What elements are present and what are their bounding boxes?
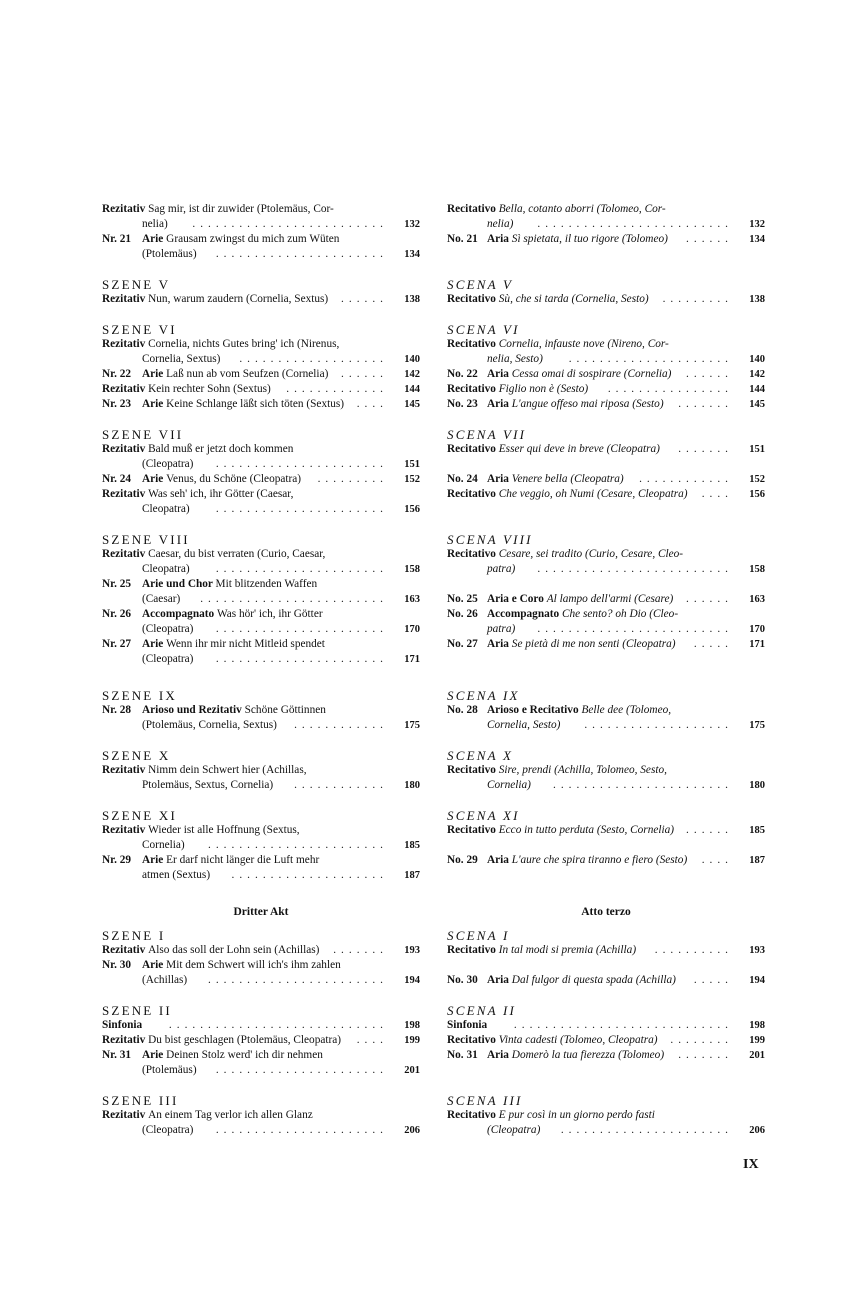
toc-entry-line: Cornelia, Sesto)175................... — [447, 718, 765, 733]
title-text: Sire, prendi (Achilla, Tolomeo, Sesto, — [499, 764, 667, 776]
scene-heading: SZENE VIII — [102, 532, 420, 547]
dot-leader: ......... — [663, 292, 733, 307]
title-text: nelia) — [487, 218, 513, 230]
scene-heading: SCENA VIII — [447, 532, 765, 547]
form-label: Arie — [142, 233, 166, 245]
toc-entry-line: Cornelia)180....................... — [447, 778, 765, 793]
scene-heading: SZENE VII — [102, 427, 420, 442]
page-reference: 156 — [394, 502, 420, 517]
title-text: (Cleopatra) — [142, 653, 193, 665]
form-label: Arie — [142, 854, 166, 866]
page-reference: 187 — [739, 853, 765, 868]
toc-entry-line: nelia)132......................... — [102, 217, 420, 232]
toc-entry-line: Rezitativ Wieder ist alle Hoffnung (Sext… — [102, 823, 420, 838]
dot-leader: ......................... — [537, 622, 733, 637]
page-reference: 152 — [394, 472, 420, 487]
page-reference: 199 — [394, 1033, 420, 1048]
title-text: Cornelia) — [487, 779, 531, 791]
toc-entry[interactable]: Recitativo Figlio non è (Sesto)144......… — [447, 382, 765, 397]
title-text: Cessa omai di sospirare (Cornelia) — [512, 368, 672, 380]
title-text: nelia) — [142, 218, 168, 230]
toc-entry[interactable]: No. 31Aria Domerò la tua fierezza (Tolom… — [447, 1048, 765, 1063]
toc-entry[interactable]: Nr. 29Arie Er darf nicht länger die Luft… — [102, 853, 420, 883]
form-label: Recitativo — [447, 338, 499, 350]
toc-entry-line: No. 31Aria Domerò la tua fierezza (Tolom… — [447, 1048, 765, 1063]
toc-entry-line: Cornelia, Sextus)140................... — [102, 352, 420, 367]
page-reference: 142 — [739, 367, 765, 382]
form-label: Recitativo — [447, 1109, 499, 1121]
toc-entry-line: Recitativo Cornelia, infauste nove (Nire… — [447, 337, 765, 352]
dot-leader: ...................... — [216, 457, 388, 472]
scene-heading: SCENA III — [447, 1093, 765, 1108]
toc-entry-line: nelia)132......................... — [447, 217, 765, 232]
toc-entry-line: Recitativo E pur così in un giorno perdo… — [447, 1108, 765, 1123]
toc-entry[interactable]: No. 21Aria Sì spietata, il tuo rigore (T… — [447, 232, 765, 247]
number-label: Nr. 21 — [102, 232, 142, 247]
scene-heading: SZENE V — [102, 277, 420, 292]
page-reference: 151 — [394, 457, 420, 472]
dot-leader: ......................... — [192, 217, 388, 232]
act-heading: Dritter Akt — [102, 905, 420, 920]
title-text: Kein rechter Sohn (Sextus) — [148, 383, 271, 395]
number-label: Nr. 29 — [102, 853, 142, 868]
toc-entry[interactable]: No. 25Aria e Coro Al lampo dell'armi (Ce… — [447, 592, 765, 607]
toc-entry[interactable]: Nr. 23Arie Keine Schlange läßt sich töte… — [102, 397, 420, 412]
page-reference: 163 — [394, 592, 420, 607]
toc-entry-line: Nr. 27Arie Wenn ihr mir nicht Mitleid sp… — [102, 637, 420, 652]
toc-entry-line: Sinfonia 198............................ — [102, 1018, 420, 1033]
page-reference: 134 — [394, 247, 420, 262]
toc-entry[interactable]: Recitativo Che veggio, oh Numi (Cesare, … — [447, 487, 765, 502]
title-text: Cleopatra) — [142, 563, 190, 575]
scene-heading: SCENA V — [447, 277, 765, 292]
toc-entry-line: No. 25Aria e Coro Al lampo dell'armi (Ce… — [447, 592, 765, 607]
title-text: Venus, du Schöne (Cleopatra) — [166, 473, 301, 485]
toc-entry[interactable]: No. 24Aria Venere bella (Cleopatra)152..… — [447, 472, 765, 487]
title-text: Esser qui deve in breve (Cleopatra) — [499, 443, 660, 455]
dot-leader: ...... — [686, 367, 733, 382]
title-text: Nun, warum zaudern (Cornelia, Sextus) — [148, 293, 328, 305]
toc-entry-line: No. 29Aria L'aure che spira tiranno e fi… — [447, 853, 765, 868]
page-reference: 180 — [739, 778, 765, 793]
title-text: (Ptolemäus, Cornelia, Sextus) — [142, 719, 277, 731]
form-label: Arie — [142, 959, 166, 971]
form-label: Arie und Chor — [142, 578, 216, 590]
number-label: No. 31 — [447, 1048, 487, 1063]
dot-leader: ........ — [670, 1033, 733, 1048]
number-label: No. 21 — [447, 232, 487, 247]
toc-entry[interactable]: Nr. 22Arie Laß nun ab vom Seufzen (Corne… — [102, 367, 420, 382]
toc-entry[interactable]: Rezitativ Du bist geschlagen (Ptolemäus,… — [102, 1033, 420, 1048]
dot-leader: ......................... — [537, 217, 733, 232]
page-reference: 194 — [394, 973, 420, 988]
toc-entry-line: No. 30Aria Dal fulgor di questa spada (A… — [447, 973, 765, 988]
form-label: Rezitativ — [102, 488, 148, 500]
title-text: atmen (Sextus) — [142, 869, 210, 881]
page-reference: 132 — [739, 217, 765, 232]
title-text: Mit blitzenden Waffen — [216, 578, 318, 590]
dot-leader: ...... — [341, 292, 388, 307]
toc-entry[interactable]: Sinfonia 198............................ — [447, 1018, 765, 1033]
toc-entry-line: (Cleopatra)151...................... — [102, 457, 420, 472]
dot-leader: .... — [702, 487, 733, 502]
toc-entry[interactable]: Sinfonia 198............................ — [102, 1018, 420, 1033]
toc-entry[interactable]: Recitativo Sù, che si tarda (Cornelia, S… — [447, 292, 765, 307]
toc-entry[interactable]: No. 29Aria L'aure che spira tiranno e fi… — [447, 853, 765, 868]
page-reference: 134 — [739, 232, 765, 247]
toc-entry[interactable]: Recitativo E pur così in un giorno perdo… — [447, 1108, 765, 1138]
toc-entry-line: Nr. 24Arie Venus, du Schöne (Cleopatra)1… — [102, 472, 420, 487]
form-label: Arie — [142, 638, 166, 650]
toc-entry-line: Sinfonia 198............................ — [447, 1018, 765, 1033]
dot-leader: ............ — [294, 778, 388, 793]
toc-entry-line: No. 21Aria Sì spietata, il tuo rigore (T… — [447, 232, 765, 247]
scene-heading: SCENA IX — [447, 688, 765, 703]
toc-entry[interactable]: Rezitativ Caesar, du bist verraten (Curi… — [102, 547, 420, 577]
title-text: patra) — [487, 623, 515, 635]
number-label: Nr. 27 — [102, 637, 142, 652]
page-reference: 206 — [394, 1123, 420, 1138]
form-label: Recitativo — [447, 824, 499, 836]
title-text: Ecco in tutto perduta (Sesto, Cornelia) — [499, 824, 674, 836]
toc-entry[interactable]: Nr. 30Arie Mit dem Schwert will ich's ih… — [102, 958, 420, 988]
form-label: Sinfonia — [102, 1019, 142, 1031]
toc-entry-line: Nr. 23Arie Keine Schlange läßt sich töte… — [102, 397, 420, 412]
title-text: Was seh' ich, ihr Götter (Caesar, — [148, 488, 293, 500]
number-label: No. 25 — [447, 592, 487, 607]
number-label: No. 26 — [447, 607, 487, 622]
title-text: Laß nun ab vom Seufzen (Cornelia) — [166, 368, 328, 380]
toc-entry-line: (Ptolemäus)134...................... — [102, 247, 420, 262]
act-heading: Atto terzo — [447, 905, 765, 920]
title-text: Mit dem Schwert will ich's ihm zahlen — [166, 959, 341, 971]
toc-entry-line: (Cleopatra)171...................... — [102, 652, 420, 667]
title-text: Vinta cadesti (Tolomeo, Cleopatra) — [499, 1034, 658, 1046]
toc-entry[interactable]: Rezitativ Bald muß er jetzt doch kommen(… — [102, 442, 420, 472]
toc-entry-line: Cleopatra)156...................... — [102, 502, 420, 517]
dot-leader: ...................... — [561, 1123, 733, 1138]
form-label: Aria e Coro — [487, 593, 547, 605]
dot-leader: ......... — [318, 472, 388, 487]
toc-entry[interactable]: Recitativo Bella, cotanto aborri (Tolome… — [447, 202, 765, 232]
form-label: Recitativo — [447, 203, 499, 215]
title-text: Bella, cotanto aborri (Tolomeo, Cor- — [499, 203, 666, 215]
toc-entry-line: Rezitativ Nun, warum zaudern (Cornelia, … — [102, 292, 420, 307]
toc-entry-line: Nr. 26Accompagnato Was hör' ich, ihr Göt… — [102, 607, 420, 622]
toc-entry-line: (Ptolemäus)201...................... — [102, 1063, 420, 1078]
number-label: No. 27 — [447, 637, 487, 652]
toc-entry-line: Nr. 29Arie Er darf nicht länger die Luft… — [102, 853, 420, 868]
dot-leader: ....................... — [208, 838, 388, 853]
title-text: Bald muß er jetzt doch kommen — [148, 443, 293, 455]
toc-entry-line: No. 27Aria Se pietà di me non senti (Cle… — [447, 637, 765, 652]
toc-entry-line: (Cleopatra)170...................... — [102, 622, 420, 637]
toc-entry-line: (Cleopatra)206...................... — [102, 1123, 420, 1138]
form-label: Arie — [142, 1049, 166, 1061]
scene-heading: SZENE IX — [102, 688, 420, 703]
toc-entry[interactable]: Rezitativ Cornelia, nichts Gutes bring' … — [102, 337, 420, 367]
page-reference: 140 — [394, 352, 420, 367]
number-label: No. 22 — [447, 367, 487, 382]
number-label: Nr. 30 — [102, 958, 142, 973]
form-label: Recitativo — [447, 1034, 499, 1046]
toc-entry[interactable]: Rezitativ An einem Tag verlor ich allen … — [102, 1108, 420, 1138]
toc-entry[interactable]: No. 26Accompagnato Che sento? oh Dio (Cl… — [447, 607, 765, 637]
toc-entry-line: Recitativo Sù, che si tarda (Cornelia, S… — [447, 292, 765, 307]
form-label: Aria — [487, 638, 512, 650]
form-label: Arie — [142, 398, 166, 410]
title-text: Cornelia, Sextus) — [142, 353, 220, 365]
form-label: Arioso und Rezitativ — [142, 704, 245, 716]
toc-entry[interactable]: Recitativo Ecco in tutto perduta (Sesto,… — [447, 823, 765, 838]
title-text: (Cleopatra) — [142, 623, 193, 635]
dot-leader: ..... — [694, 973, 733, 988]
toc-entry-line: (Achillas)194....................... — [102, 973, 420, 988]
form-label: Arioso e Recitativo — [487, 704, 581, 716]
toc-entry[interactable]: Nr. 28Arioso und Rezitativ Schöne Göttin… — [102, 703, 420, 733]
toc-entry[interactable]: No. 28Arioso e Recitativo Belle dee (Tol… — [447, 703, 765, 733]
title-text: Cleopatra) — [142, 503, 190, 515]
page-reference: 194 — [739, 973, 765, 988]
dot-leader: ...... — [341, 367, 388, 382]
form-label: Accompagnato — [142, 608, 217, 620]
dot-leader: .... — [357, 397, 388, 412]
scene-heading: SCENA XI — [447, 808, 765, 823]
dot-leader: ....... — [678, 442, 733, 457]
toc-entry-line: (Ptolemäus, Cornelia, Sextus)175........… — [102, 718, 420, 733]
page-reference: 170 — [394, 622, 420, 637]
title-text: In tal modi si premia (Achilla) — [499, 944, 636, 956]
toc-entry[interactable]: Rezitativ Also das soll der Lohn sein (A… — [102, 943, 420, 958]
page-reference: 185 — [739, 823, 765, 838]
page-reference: 138 — [739, 292, 765, 307]
page-reference: 171 — [739, 637, 765, 652]
toc-entry[interactable]: Nr. 26Accompagnato Was hör' ich, ihr Göt… — [102, 607, 420, 637]
title-text: (Ptolemäus) — [142, 248, 197, 260]
form-label: Aria — [487, 368, 512, 380]
toc-entry[interactable]: Rezitativ Kein rechter Sohn (Sextus)144.… — [102, 382, 420, 397]
scene-heading: SZENE X — [102, 748, 420, 763]
number-label: Nr. 22 — [102, 367, 142, 382]
toc-entry[interactable]: Nr. 25Arie und Chor Mit blitzenden Waffe… — [102, 577, 420, 607]
toc-entry[interactable]: Nr. 21Arie Grausam zwingst du mich zum W… — [102, 232, 420, 262]
number-label: No. 24 — [447, 472, 487, 487]
toc-entry-line: Rezitativ Nimm dein Schwert hier (Achill… — [102, 763, 420, 778]
dot-leader: ............ — [294, 718, 388, 733]
title-text: Se pietà di me non senti (Cleopatra) — [512, 638, 676, 650]
number-label: Nr. 24 — [102, 472, 142, 487]
toc-entry-line: Recitativo Vinta cadesti (Tolomeo, Cleop… — [447, 1033, 765, 1048]
toc-entry[interactable]: Nr. 31Arie Deinen Stolz werd' ich dir ne… — [102, 1048, 420, 1078]
dot-leader: ....................... — [208, 973, 388, 988]
title-text: patra) — [487, 563, 515, 575]
number-label: No. 29 — [447, 853, 487, 868]
title-text: Sag mir, ist dir zuwider (Ptolemäus, Cor… — [148, 203, 334, 215]
toc-entry-line: patra)158......................... — [447, 562, 765, 577]
toc-entry-line: nelia, Sesto)140..................... — [447, 352, 765, 367]
form-label: Rezitativ — [102, 824, 148, 836]
toc-entry[interactable]: Nr. 24Arie Venus, du Schöne (Cleopatra)1… — [102, 472, 420, 487]
dot-leader: ...................... — [216, 652, 388, 667]
title-text: Sì spietata, il tuo rigore (Tolomeo) — [512, 233, 668, 245]
title-text: Er darf nicht länger die Luft mehr — [166, 854, 319, 866]
page-reference: 180 — [394, 778, 420, 793]
form-label: Aria — [487, 1049, 512, 1061]
form-label: Rezitativ — [102, 383, 148, 395]
dot-leader: .................... — [232, 868, 388, 883]
toc-entry[interactable]: Rezitativ Nun, warum zaudern (Cornelia, … — [102, 292, 420, 307]
toc-entry-line: atmen (Sextus)187.................... — [102, 868, 420, 883]
dot-leader: .... — [357, 1033, 388, 1048]
toc-entry-line: Rezitativ Sag mir, ist dir zuwider (Ptol… — [102, 202, 420, 217]
form-label: Aria — [487, 974, 512, 986]
page-reference: 151 — [739, 442, 765, 457]
title-text: (Cleopatra) — [142, 458, 193, 470]
title-text: (Ptolemäus) — [142, 1064, 197, 1076]
toc-entry-line: Recitativo Che veggio, oh Numi (Cesare, … — [447, 487, 765, 502]
page-reference: 158 — [739, 562, 765, 577]
form-label: Arie — [142, 368, 166, 380]
page-reference: 144 — [739, 382, 765, 397]
page-reference: 201 — [739, 1048, 765, 1063]
scene-heading: SZENE II — [102, 1003, 420, 1018]
number-label: Nr. 26 — [102, 607, 142, 622]
toc-entry[interactable]: Nr. 27Arie Wenn ihr mir nicht Mitleid sp… — [102, 637, 420, 667]
toc-entry-line: Nr. 21Arie Grausam zwingst du mich zum W… — [102, 232, 420, 247]
dot-leader: ..................... — [569, 352, 733, 367]
dot-leader: ...................... — [216, 247, 388, 262]
toc-entry-line: No. 26Accompagnato Che sento? oh Dio (Cl… — [447, 607, 765, 622]
form-label: Rezitativ — [102, 548, 148, 560]
title-text: Ptolemäus, Sextus, Cornelia) — [142, 779, 273, 791]
toc-entry[interactable]: Recitativo Esser qui deve in breve (Cleo… — [447, 442, 765, 457]
form-label: Accompagnato — [487, 608, 562, 620]
toc-entry-line: (Caesar)163........................ — [102, 592, 420, 607]
page-reference: 198 — [394, 1018, 420, 1033]
dot-leader: ....... — [678, 397, 733, 412]
number-label: No. 23 — [447, 397, 487, 412]
number-label: Nr. 23 — [102, 397, 142, 412]
dot-leader: ....... — [678, 1048, 733, 1063]
toc-entry[interactable]: No. 22Aria Cessa omai di sospirare (Corn… — [447, 367, 765, 382]
number-label: No. 30 — [447, 973, 487, 988]
title-text: Belle dee (Tolomeo, — [581, 704, 671, 716]
toc-entry-line: Recitativo Sire, prendi (Achilla, Tolome… — [447, 763, 765, 778]
scene-heading: SCENA I — [447, 928, 765, 943]
page-reference: 158 — [394, 562, 420, 577]
page-reference: 199 — [739, 1033, 765, 1048]
toc-entry-line: Rezitativ An einem Tag verlor ich allen … — [102, 1108, 420, 1123]
page-reference: 171 — [394, 652, 420, 667]
title-text: (Cleopatra) — [142, 1124, 193, 1136]
title-text: Venere bella (Cleopatra) — [512, 473, 624, 485]
form-label: Rezitativ — [102, 944, 148, 956]
title-text: Che sento? oh Dio (Cleo- — [562, 608, 678, 620]
toc-entry-line: Rezitativ Caesar, du bist verraten (Curi… — [102, 547, 420, 562]
title-text: Figlio non è (Sesto) — [499, 383, 588, 395]
toc-entry[interactable]: Recitativo Sire, prendi (Achilla, Tolome… — [447, 763, 765, 793]
page-reference: 144 — [394, 382, 420, 397]
dot-leader: ...................... — [216, 562, 388, 577]
toc-entry[interactable]: No. 23Aria L'angue offeso mai riposa (Se… — [447, 397, 765, 412]
scene-heading: SCENA X — [447, 748, 765, 763]
toc-entry-line: (Cleopatra)206...................... — [447, 1123, 765, 1138]
dot-leader: ...... — [686, 823, 733, 838]
title-text: Cornelia, nichts Gutes bring' ich (Niren… — [148, 338, 339, 350]
toc-entry[interactable]: No. 30Aria Dal fulgor di questa spada (A… — [447, 973, 765, 988]
title-text: (Caesar) — [142, 593, 180, 605]
toc-entry[interactable]: Recitativo Cornelia, infauste nove (Nire… — [447, 337, 765, 367]
title-text: Was hör' ich, ihr Götter — [217, 608, 323, 620]
toc-entry[interactable]: Rezitativ Sag mir, ist dir zuwider (Ptol… — [102, 202, 420, 232]
toc-entry-line: Recitativo Cesare, sei tradito (Curio, C… — [447, 547, 765, 562]
form-label: Recitativo — [447, 764, 499, 776]
toc-entry-line: Cleopatra)158...................... — [102, 562, 420, 577]
toc-entry[interactable]: Recitativo Vinta cadesti (Tolomeo, Cleop… — [447, 1033, 765, 1048]
dot-leader: ................ — [608, 382, 733, 397]
dot-leader: ...................... — [216, 502, 388, 517]
toc-entry-line: Nr. 30Arie Mit dem Schwert will ich's ih… — [102, 958, 420, 973]
page-reference: 185 — [394, 838, 420, 853]
dot-leader: ..... — [694, 637, 733, 652]
page-reference: 138 — [394, 292, 420, 307]
form-label: Arie — [142, 473, 166, 485]
scene-heading: SZENE I — [102, 928, 420, 943]
title-text: (Cleopatra) — [487, 1124, 540, 1136]
dot-leader: ........................ — [200, 592, 388, 607]
page-reference: 156 — [739, 487, 765, 502]
dot-leader: ................... — [239, 352, 388, 367]
page-reference: 152 — [739, 472, 765, 487]
toc-entry-line: Rezitativ Kein rechter Sohn (Sextus)144.… — [102, 382, 420, 397]
toc-entry-line: Nr. 25Arie und Chor Mit blitzenden Waffe… — [102, 577, 420, 592]
toc-entry-line: Rezitativ Also das soll der Lohn sein (A… — [102, 943, 420, 958]
form-label: Recitativo — [447, 293, 499, 305]
form-label: Recitativo — [447, 443, 499, 455]
toc-entry[interactable]: Recitativo Cesare, sei tradito (Curio, C… — [447, 547, 765, 577]
toc-entry[interactable]: Rezitativ Nimm dein Schwert hier (Achill… — [102, 763, 420, 793]
form-label: Rezitativ — [102, 203, 148, 215]
scene-heading: SCENA VII — [447, 427, 765, 442]
scene-heading: SZENE VI — [102, 322, 420, 337]
toc-entry-line: No. 28Arioso e Recitativo Belle dee (Tol… — [447, 703, 765, 718]
toc-entry-line: Rezitativ Was seh' ich, ihr Götter (Caes… — [102, 487, 420, 502]
form-label: Recitativo — [447, 488, 499, 500]
title-text: Al lampo dell'armi (Cesare) — [547, 593, 674, 605]
toc-entry[interactable]: No. 27Aria Se pietà di me non senti (Cle… — [447, 637, 765, 652]
page-reference: 142 — [394, 367, 420, 382]
dot-leader: ................... — [584, 718, 733, 733]
page-reference: 163 — [739, 592, 765, 607]
form-label: Rezitativ — [102, 1034, 148, 1046]
page-reference: 198 — [739, 1018, 765, 1033]
toc-entry-line: Rezitativ Du bist geschlagen (Ptolemäus,… — [102, 1033, 420, 1048]
toc-entry[interactable]: Recitativo In tal modi si premia (Achill… — [447, 943, 765, 958]
toc-entry[interactable]: Rezitativ Wieder ist alle Hoffnung (Sext… — [102, 823, 420, 853]
scene-heading: SCENA II — [447, 1003, 765, 1018]
title-text: (Achillas) — [142, 974, 187, 986]
form-label: Rezitativ — [102, 443, 148, 455]
dot-leader: .......... — [655, 943, 733, 958]
toc-entry-line: Nr. 31Arie Deinen Stolz werd' ich dir ne… — [102, 1048, 420, 1063]
title-text: Cornelia, infauste nove (Nireno, Cor- — [499, 338, 669, 350]
title-text: Du bist geschlagen (Ptolemäus, Cleopatra… — [148, 1034, 341, 1046]
title-text: Deinen Stolz werd' ich dir nehmen — [166, 1049, 323, 1061]
title-text: Also das soll der Lohn sein (Achillas) — [148, 944, 319, 956]
toc-entry[interactable]: Rezitativ Was seh' ich, ihr Götter (Caes… — [102, 487, 420, 517]
dot-leader: ....... — [333, 943, 388, 958]
toc-entry-line: Nr. 28Arioso und Rezitativ Schöne Göttin… — [102, 703, 420, 718]
